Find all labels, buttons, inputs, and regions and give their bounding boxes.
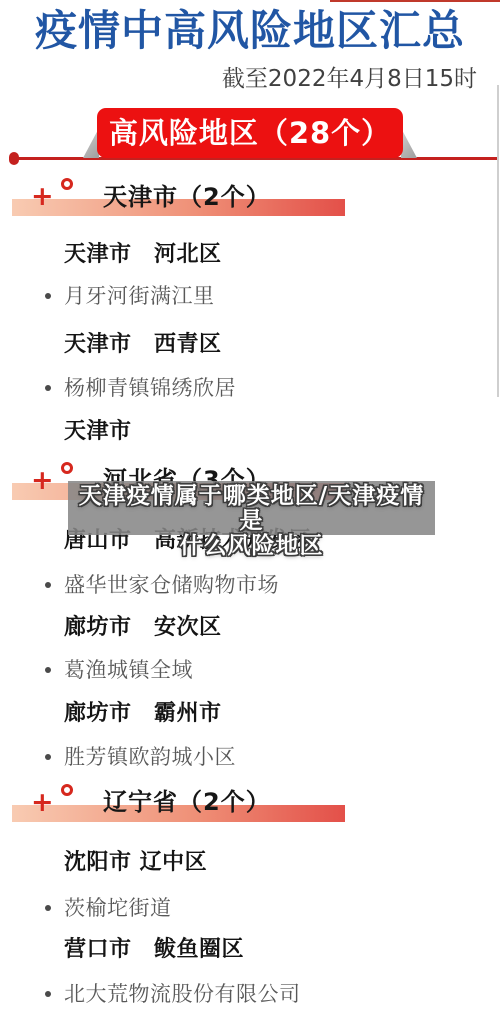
caption-line1: 天津疫情属于哪类地区/天津疫情是 xyxy=(68,484,435,534)
risk-banner: 高风险地区（28个） xyxy=(97,108,403,158)
plus-icon: + xyxy=(31,183,53,211)
bullet-dot xyxy=(45,385,51,391)
area-row: 天津市 西青区 xyxy=(64,331,222,359)
place-row: 茨榆坨街道 xyxy=(64,894,172,922)
bullet-dot xyxy=(45,667,51,673)
place-label: 葛渔城镇全域 xyxy=(64,658,193,682)
red-divider-dot xyxy=(9,152,19,165)
date-note: 截至2022年4月8日15时 xyxy=(222,64,477,94)
bullet-dot xyxy=(45,754,51,760)
risk-banner-label: 高风险地区（28个） xyxy=(109,116,391,150)
area-row: 营口市 鲅鱼圈区 xyxy=(64,936,244,964)
place-row: 月牙河街满江里 xyxy=(64,282,215,310)
place-label: 北大荒物流股份有限公司 xyxy=(64,982,301,1006)
plus-icon: + xyxy=(31,467,53,495)
top-red-line xyxy=(330,0,500,2)
caption-line2: 什么风险地区 xyxy=(68,534,435,559)
place-label: 胜芳镇欧韵城小区 xyxy=(64,745,236,769)
page-title: 疫情中高风险地区汇总 xyxy=(0,6,500,56)
bullet-dot xyxy=(45,293,51,299)
place-label: 杨柳青镇锦绣欣居 xyxy=(64,376,236,400)
area-row: 天津市 河北区 xyxy=(64,241,222,269)
area-row: 廊坊市 安次区 xyxy=(64,614,222,642)
right-edge-strip xyxy=(497,85,499,397)
circle-icon xyxy=(61,178,73,190)
place-row: 胜芳镇欧韵城小区 xyxy=(64,743,236,771)
ribbon-flap-right-icon xyxy=(401,128,417,158)
section-title-liaoning: 辽宁省（2个） xyxy=(103,789,271,815)
place-row: 北大荒物流股份有限公司 xyxy=(64,980,301,1008)
plus-icon: + xyxy=(31,789,53,817)
area-row: 天津市 xyxy=(64,418,132,446)
area-row: 沈阳市 辽中区 xyxy=(64,849,207,877)
section-title-tianjin: 天津市（2个） xyxy=(103,184,271,210)
infographic-page: 疫情中高风险地区汇总 截至2022年4月8日15时 高风险地区（28个） + 天… xyxy=(0,0,500,1019)
bullet-dot xyxy=(45,582,51,588)
circle-icon xyxy=(61,784,73,796)
place-label: 盛华世家仓储购物市场 xyxy=(64,573,279,597)
area-row: 廊坊市 霸州市 xyxy=(64,700,222,728)
place-row: 盛华世家仓储购物市场 xyxy=(64,571,279,599)
circle-icon xyxy=(61,462,73,474)
caption-overlay: 天津疫情属于哪类地区/天津疫情是 什么风险地区 xyxy=(68,481,435,535)
place-label: 茨榆坨街道 xyxy=(64,896,172,920)
bullet-dot xyxy=(45,991,51,997)
place-label: 月牙河街满江里 xyxy=(64,284,215,308)
bullet-dot xyxy=(45,905,51,911)
place-row: 葛渔城镇全域 xyxy=(64,656,193,684)
place-row: 杨柳青镇锦绣欣居 xyxy=(64,374,236,402)
